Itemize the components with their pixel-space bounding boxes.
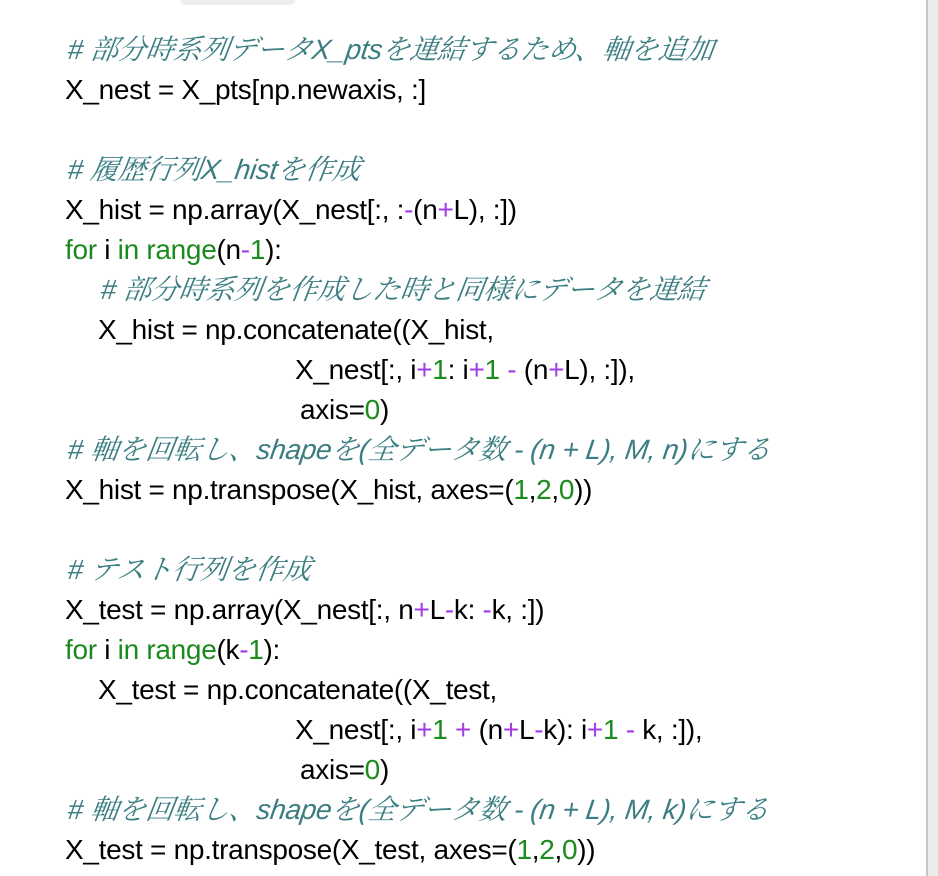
code-token-pl: X_test = np.array(X_nest[:, n [65, 594, 414, 625]
code-token-pl: X_nest[:, i [295, 714, 416, 745]
code-token-pl: ): [264, 634, 281, 665]
code-line [65, 510, 918, 550]
code-token-pl: k: [454, 594, 483, 625]
code-area: # 部分時系列データX_ptsを連結するため、軸を追加X_nest = X_pt… [65, 30, 918, 870]
code-token-op: - [445, 594, 454, 625]
code-token-op: - [626, 714, 635, 745]
code-token-pl: )) [577, 834, 595, 865]
code-line: # 部分時系列データX_ptsを連結するため、軸を追加 [65, 30, 918, 70]
code-token-pl: X_nest = X_pts[np.newaxis, :] [65, 74, 426, 105]
floating-toolbar-edge [180, 0, 295, 5]
code-token-kw: for [65, 634, 97, 665]
code-token-pl: L [519, 714, 534, 745]
code-token-num: 1 [516, 834, 531, 865]
code-line: X_hist = np.array(X_nest[:, :-(n+L), :]) [65, 190, 918, 230]
code-token-pl: (n [471, 714, 503, 745]
code-token-pl: (k [216, 634, 239, 665]
code-token-kw: range [146, 234, 216, 265]
code-token-op: + [416, 714, 432, 745]
code-token-pl: L [430, 594, 445, 625]
code-line: X_test = np.transpose(X_test, axes=(1,2,… [65, 830, 918, 870]
code-token-pl: : i [448, 354, 469, 385]
code-token-op: + [416, 354, 432, 385]
code-token-num: 0 [562, 834, 577, 865]
code-line: # 部分時系列を作成した時と同様にデータを連結 [65, 270, 918, 310]
code-token-op: + [548, 354, 564, 385]
code-token-pl: )) [574, 474, 592, 505]
code-token-num: 1 [603, 714, 618, 745]
code-line: X_nest = X_pts[np.newaxis, :] [65, 70, 918, 110]
code-token-pl: X_test = np.transpose(X_test, axes=( [65, 834, 516, 865]
code-line: X_hist = np.concatenate((X_hist, [65, 310, 918, 350]
code-token-op: + [455, 714, 471, 745]
code-token-pl: k, :]), [635, 714, 703, 745]
code-token-pl: i [97, 234, 118, 265]
code-token-op: - [483, 594, 492, 625]
code-token-op: - [239, 634, 248, 665]
code-token-kw: in [118, 634, 139, 665]
code-token-pl: , [529, 474, 536, 505]
code-line: # 軸を回転し、shapeを(全データ数 - (n + L), M, n)にする [65, 430, 918, 470]
code-line: axis=0) [65, 390, 918, 430]
code-token-pl: i [97, 634, 118, 665]
code-token-pl: (n [413, 194, 437, 225]
code-token-pl: X_hist = np.array(X_nest[:, : [65, 194, 404, 225]
code-token-num: 1 [513, 474, 528, 505]
code-block-viewport: # 部分時系列データX_ptsを連結するため、軸を追加X_nest = X_pt… [0, 0, 938, 876]
code-line: # 履歴行列X_histを作成 [65, 150, 918, 190]
code-token-op: + [468, 354, 484, 385]
code-line: X_test = np.concatenate((X_test, [65, 670, 918, 710]
code-token-comment: # 軸を回転し、shapeを(全データ数 - (n + L), M, k)にする [65, 790, 772, 830]
code-token-op: - [534, 714, 543, 745]
code-token-num: 0 [365, 754, 380, 785]
code-token-pl: ) [380, 754, 389, 785]
code-token-num: 2 [539, 834, 554, 865]
code-line: X_test = np.array(X_nest[:, n+L-k: -k, :… [65, 590, 918, 630]
code-token-num: 1 [485, 354, 500, 385]
code-token-pl [448, 714, 455, 745]
code-line: X_nest[:, i+1: i+1 - (n+L), :]), [65, 350, 918, 390]
code-token-pl: ): [265, 234, 282, 265]
code-token-pl [618, 714, 625, 745]
code-line: X_nest[:, i+1 + (n+L-k): i+1 - k, :]), [65, 710, 918, 750]
code-token-num: 1 [432, 714, 447, 745]
code-token-kw: range [146, 634, 216, 665]
code-token-pl: (n [516, 354, 548, 385]
code-token-pl: L), :]) [454, 194, 517, 225]
code-token-pl: X_hist = np.concatenate((X_hist, [98, 314, 494, 345]
code-token-op: - [241, 234, 250, 265]
code-line: axis=0) [65, 750, 918, 790]
code-token-pl: ) [380, 394, 389, 425]
code-token-num: 1 [248, 634, 263, 665]
code-token-num: 0 [365, 394, 380, 425]
code-token-op: - [507, 354, 516, 385]
code-token-pl: X_nest[:, i [295, 354, 416, 385]
code-token-comment: # 部分時系列データX_ptsを連結するため、軸を追加 [65, 30, 716, 70]
code-token-comment: # テスト行列を作成 [65, 550, 314, 590]
code-token-pl: X_test = np.concatenate((X_test, [98, 674, 497, 705]
code-line [65, 110, 918, 150]
code-token-op: - [404, 194, 413, 225]
code-line: # テスト行列を作成 [65, 550, 918, 590]
code-token-kw: in [118, 234, 139, 265]
code-token-comment: # 軸を回転し、shapeを(全データ数 - (n + L), M, n)にする [65, 430, 774, 470]
code-token-pl: axis= [300, 394, 365, 425]
code-token-num: 1 [250, 234, 265, 265]
code-token-pl: , [555, 834, 562, 865]
code-token-num: 0 [559, 474, 574, 505]
code-line: # 軸を回転し、shapeを(全データ数 - (n + L), M, k)にする [65, 790, 918, 830]
code-token-num: 1 [432, 354, 447, 385]
code-token-op: + [414, 594, 430, 625]
code-token-pl: , [551, 474, 558, 505]
code-token-pl: (n [216, 234, 240, 265]
code-token-op: + [503, 714, 519, 745]
code-token-op: + [437, 194, 453, 225]
scrollbar-track[interactable] [926, 0, 938, 876]
code-line: for i in range(k-1): [65, 630, 918, 670]
code-token-kw: for [65, 234, 97, 265]
code-token-pl: X_hist = np.transpose(X_hist, axes=( [65, 474, 513, 505]
code-token-pl: k, :]) [492, 594, 545, 625]
code-line: for i in range(n-1): [65, 230, 918, 270]
code-token-comment: # 履歴行列X_histを作成 [65, 150, 363, 190]
code-token-num: 2 [536, 474, 551, 505]
code-token-pl: L), :]), [564, 354, 635, 385]
code-token-op: + [587, 714, 603, 745]
code-line: X_hist = np.transpose(X_hist, axes=(1,2,… [65, 470, 918, 510]
code-token-pl: k): i [543, 714, 587, 745]
code-token-comment: # 部分時系列を作成した時と同様にデータを連結 [98, 270, 708, 310]
code-token-pl: axis= [300, 754, 365, 785]
